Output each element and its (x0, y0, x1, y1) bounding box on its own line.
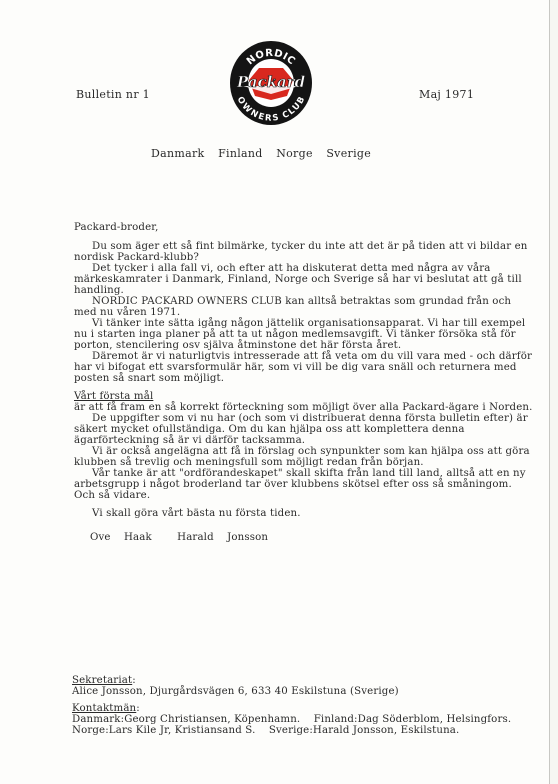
signature-2: Harald Jonsson (177, 532, 268, 543)
paragraph: Däremot är vi naturligtvis intresserade … (74, 351, 534, 384)
contact-finland: Finland:Dag Söderblom, Helsingfors. (314, 714, 512, 725)
goal-heading: Vårt första mål (74, 391, 534, 402)
paragraph: NORDIC PACKARD OWNERS CLUB kan alltså be… (74, 296, 534, 318)
contact-norge: Norge:Lars Kile Jr, Kristiansand S. (72, 725, 255, 736)
contacts-line-1: Danmark:Georg Christiansen, Köpenhamn. F… (72, 714, 542, 725)
page-edge-shade (550, 0, 558, 784)
contact-danmark: Danmark:Georg Christiansen, Köpenhamn. (72, 714, 300, 725)
paragraph: Vi tänker inte sätta igång någon jätteli… (74, 318, 534, 351)
paragraph: Du som äger ett så fint bilmärke, tycker… (74, 241, 534, 263)
goal-text: är att få fram en så korrekt förteckning… (74, 402, 534, 413)
bulletin-date: Maj 1971 (419, 88, 474, 101)
paragraph: Vi är också angelägna att få in förslag … (74, 446, 534, 468)
bulletin-number: Bulletin nr 1 (76, 88, 150, 101)
paragraph: Det tycker i alla fall vi, och efter att… (74, 263, 534, 296)
contact-sverige: Sverige:Harald Jonsson, Eskilstuna. (269, 725, 460, 736)
svg-text:Packard: Packard (236, 73, 306, 91)
member-countries: Danmark Finland Norge Sverige (151, 147, 371, 160)
nordic-packard-owners-club-logo-icon: NORDIC Packard OWNERS CLUB (229, 40, 313, 126)
footer-contacts: Sekretariat: Alice Jonsson, Djurgårdsväg… (72, 675, 542, 736)
secretariat-heading: Sekretariat (72, 675, 132, 686)
signatures: Ove Haak Harald Jonsson (74, 532, 534, 543)
contacts-heading: Kontaktmän (72, 703, 136, 714)
salutation: Packard-broder, (74, 222, 534, 233)
signature-1: Ove Haak (90, 532, 152, 543)
paragraph: De uppgifter som vi nu har (och som vi d… (74, 413, 534, 446)
paragraph: Vår tanke är att "ordförandeskapet" skal… (74, 468, 534, 501)
secretariat-address: Alice Jonsson, Djurgårdsvägen 6, 633 40 … (72, 686, 542, 697)
letter-body: Packard-broder, Du som äger ett så fint … (74, 222, 534, 543)
closing-line: Vi skall göra vårt bästa nu första tiden… (74, 508, 534, 519)
contacts-line-2: Norge:Lars Kile Jr, Kristiansand S. Sver… (72, 725, 542, 736)
